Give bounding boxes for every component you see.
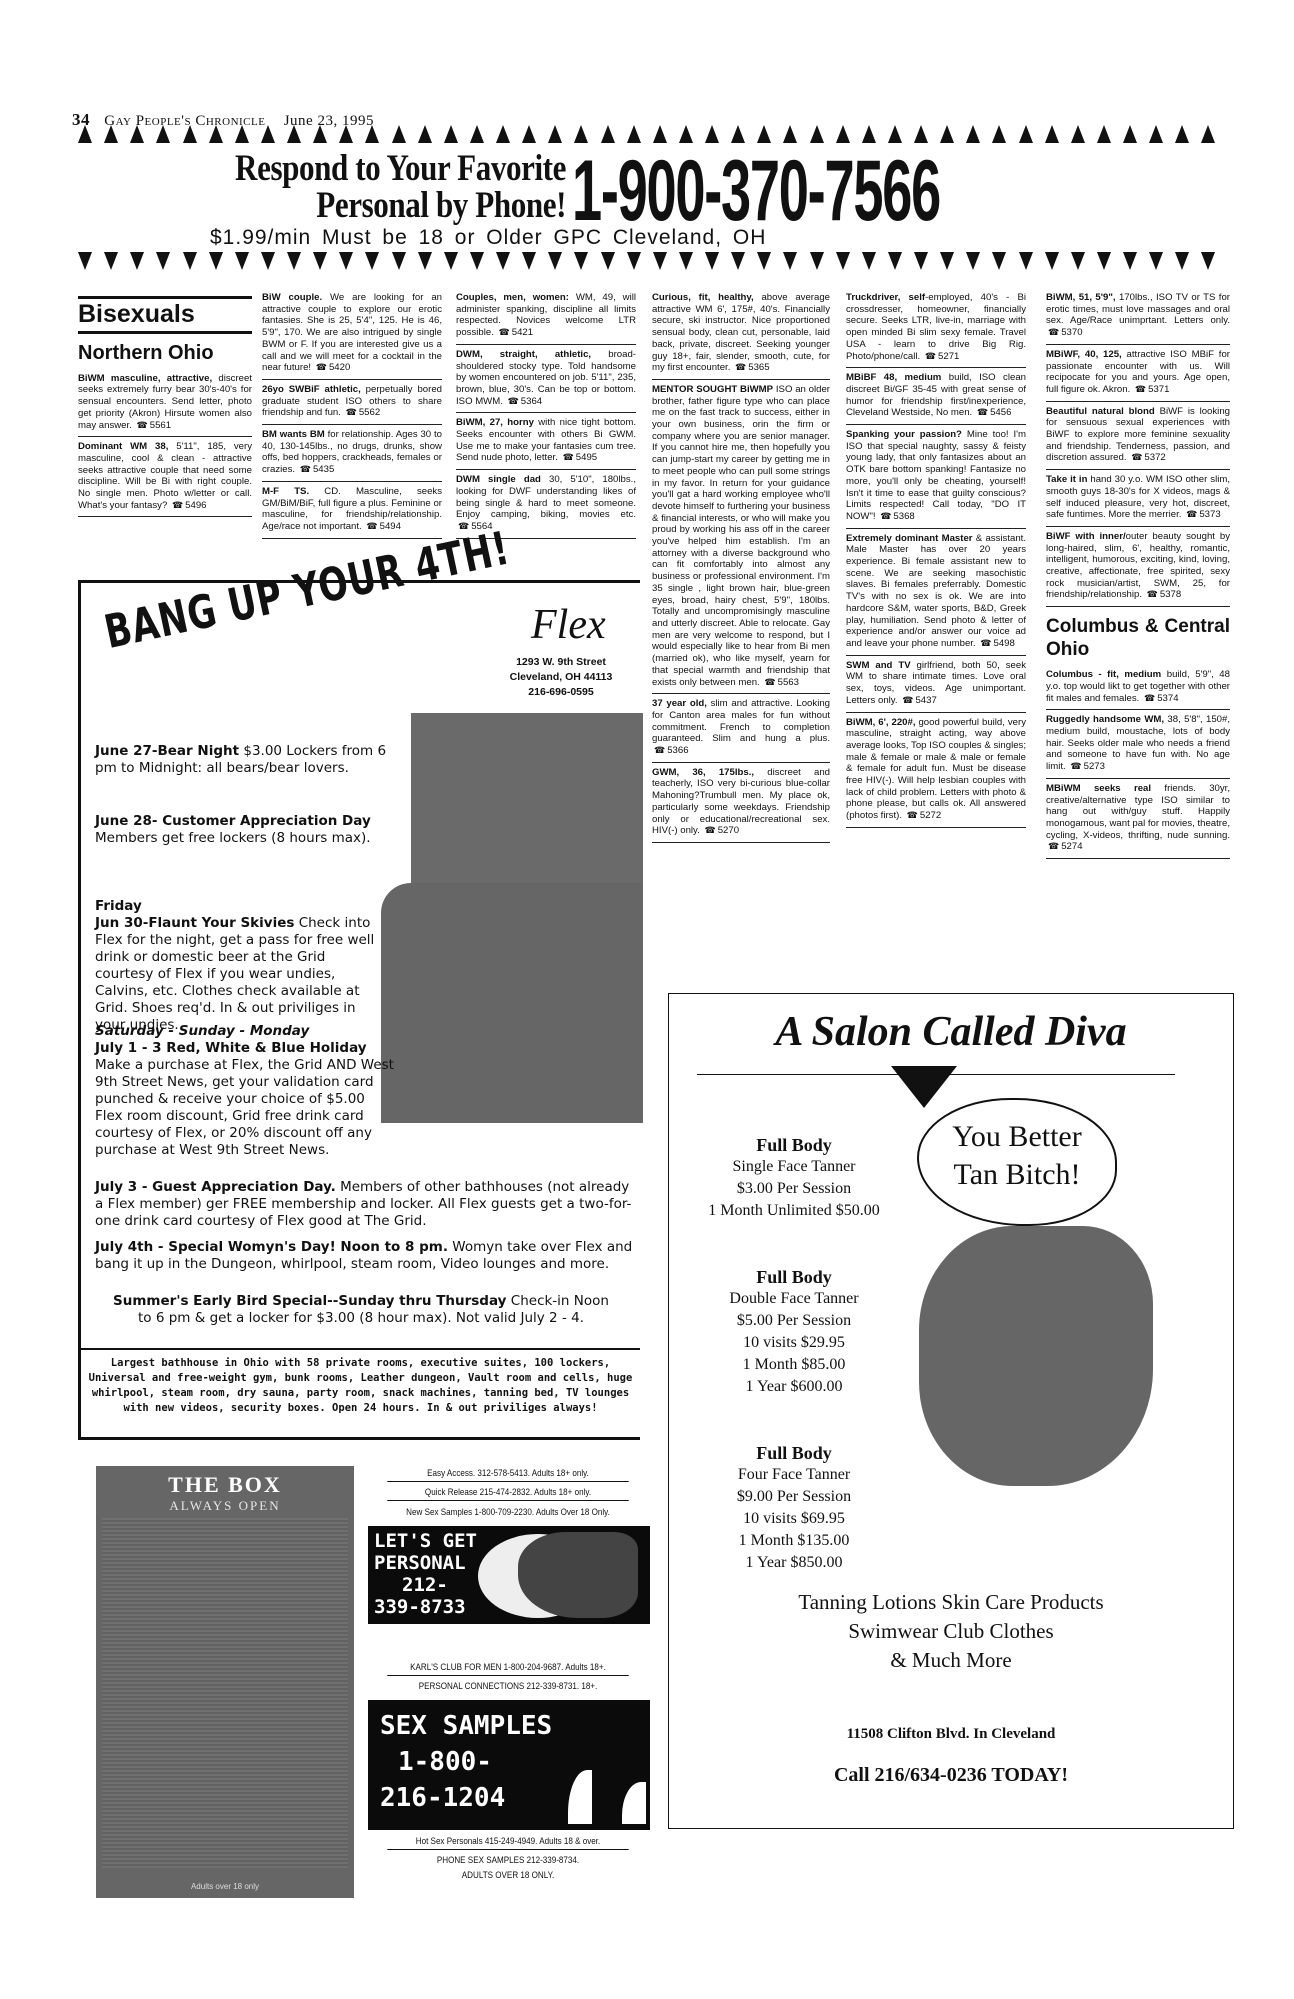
ad-address: 1293 W. 9th Street Cleveland, OH 44113 2… [481, 655, 641, 700]
banner-headline: Respond to Your Favorite Personal by Pho… [171, 150, 566, 224]
personal-ad: BiWM, 27, horny with nice tight bottom. … [456, 413, 636, 470]
ad-lead: Curious, fit, healthy, [652, 292, 754, 303]
voice-box-number: 5271 [938, 351, 959, 362]
banner-phone-number: 1-900-370-7566 [572, 150, 940, 232]
triangle-ornament-icon [1201, 125, 1215, 143]
phone-icon: ☎ [172, 500, 183, 510]
triangle-ornament-icon [1097, 125, 1111, 143]
phone-icon: ☎ [902, 695, 913, 705]
triangle-ornament-icon [235, 252, 249, 270]
ad-lead: M-F TS. [262, 486, 309, 497]
voice-box-number: 5372 [1144, 452, 1165, 463]
phone-icon: ☎ [1144, 693, 1155, 703]
personal-ad: Take it in hand 30 y.o. WM ISO other sli… [1046, 470, 1230, 527]
ad-call-to-action: Call 216/634-0236 TODAY! [669, 1764, 1233, 1787]
package-line: 10 visits $29.95 [669, 1332, 919, 1354]
classified-line: ADULTS OVER 18 ONLY. [387, 1868, 628, 1883]
triangle-ornament-icon [705, 252, 719, 270]
voice-box-number: 5364 [521, 396, 542, 407]
voice-box-number: 5368 [893, 511, 914, 522]
phone-icon: ☎ [1070, 761, 1081, 771]
event-title: June 28- Customer Appreciation Day [95, 813, 371, 829]
personals-column-5: Truckdriver, self-employed, 40's - Bi cr… [846, 288, 1026, 828]
triangle-ornament-icon [209, 252, 223, 270]
phone-icon: ☎ [346, 407, 357, 417]
region-heading: Northern Ohio [78, 334, 252, 369]
ad-photo [381, 883, 643, 1123]
voice-box-number: 5274 [1061, 841, 1082, 852]
triangle-ornament-icon [183, 125, 197, 143]
ad-body: Mine too! I'm ISO that special naughty, … [846, 429, 1026, 522]
event-title: Summer's Early Bird Special--Sunday thru… [113, 1293, 506, 1309]
ad-lead: BiWF with inner/ [1046, 531, 1126, 542]
package-line: $3.00 Per Session [669, 1178, 919, 1200]
phone-icon: ☎ [704, 825, 715, 835]
triangle-ornament-icon [104, 252, 118, 270]
triangle-ornament-icon [1175, 252, 1189, 270]
voice-box-number: 5366 [667, 745, 688, 756]
package-line: $5.00 Per Session [669, 1310, 919, 1332]
event-title: Jun 30-Flaunt Your Skivies [95, 915, 294, 931]
flex-logo: Flex [531, 601, 606, 649]
triangle-ornament-icon [130, 252, 144, 270]
product-list: Tanning Lotions Skin Care Products Swimw… [669, 1588, 1233, 1675]
personal-ad: Beautiful natural blond BiWF is looking … [1046, 402, 1230, 471]
triangle-ornament-icon [365, 252, 379, 270]
event-item: July 4th - Special Womyn's Day! Noon to … [95, 1239, 635, 1273]
fin-graphic [568, 1770, 592, 1824]
ad-title: A Salon Called Diva [669, 1008, 1233, 1056]
triangle-ornament-icon [627, 252, 641, 270]
address-line: Cleveland, OH 44113 [481, 670, 641, 685]
triangle-ornament-icon [783, 252, 797, 270]
ad-lead: Ruggedly handsome WM, [1046, 714, 1164, 725]
the-box-ad: THE BOX ALWAYS OPEN Adults over 18 only [96, 1466, 354, 1898]
triangle-ornament-icon [757, 125, 771, 143]
classified-line: Easy Access. 312-578-5413. Adults 18+ on… [387, 1466, 628, 1482]
triangle-ornament-icon [810, 125, 824, 143]
ad-address: 11508 Clifton Blvd. In Cleveland [669, 1726, 1233, 1743]
triangle-ornament-icon [313, 252, 327, 270]
triangle-ornament-icon [104, 125, 118, 143]
phone-icon: ☎ [137, 420, 148, 430]
triangle-ornament-icon [836, 125, 850, 143]
ad-list: BiWM, 51, 5'9", 170lbs., ISO TV or TS fo… [1046, 288, 1230, 607]
triangle-ornament-icon [914, 252, 928, 270]
event-body: Check into Flex for the night, get a pas… [95, 915, 374, 1033]
triangle-ornament-icon [1123, 252, 1137, 270]
triangle-ornament-icon [705, 125, 719, 143]
personal-ad: GWM, 36, 175lbs., discreet and teacherly… [652, 763, 830, 843]
triangle-ornament-icon [653, 125, 667, 143]
package-line: 1 Year $600.00 [669, 1376, 919, 1398]
triangle-ornament-icon [574, 252, 588, 270]
ad-lead: Spanking your passion? [846, 429, 962, 440]
ad-line: LET'S GET [374, 1530, 477, 1552]
personal-ad: Truckdriver, self-employed, 40's - Bi cr… [846, 288, 1026, 368]
event-title: June 27-Bear Night [95, 743, 239, 759]
ad-list: BiWM masculine, attractive, discreet see… [78, 369, 252, 518]
triangle-ornament-icon [731, 252, 745, 270]
ad-lead: MBiBF 48, medium [846, 372, 941, 383]
voice-box-number: 5378 [1160, 589, 1181, 600]
package-line: 10 visits $69.95 [669, 1508, 919, 1530]
triangle-ornament-icon [548, 252, 562, 270]
phone-icon: ☎ [300, 464, 311, 474]
triangle-ornament-icon [810, 252, 824, 270]
voice-box-number: 5494 [380, 521, 401, 532]
voice-box-number: 5563 [778, 677, 799, 688]
product-line: & Much More [669, 1646, 1233, 1675]
voice-box-number: 5561 [150, 420, 171, 431]
triangle-ornament-icon [862, 125, 876, 143]
region-heading: Columbus & Central Ohio [1046, 607, 1230, 665]
banner-line-1: Respond to Your Favorite [171, 150, 566, 187]
triangle-ornament-icon [392, 125, 406, 143]
section-heading: Bisexuals [78, 299, 252, 331]
triangle-ornament-icon [156, 252, 170, 270]
triangle-ornament-icon [392, 252, 406, 270]
phone-icon: ☎ [654, 745, 665, 755]
price-package: Full BodyDouble Face Tanner$5.00 Per Ses… [669, 1266, 919, 1398]
ad-body: ISO an older brother, father figure type… [652, 384, 830, 688]
ad-headline: BANG UP YOUR 4TH! [100, 521, 514, 659]
triangle-ornament-icon [888, 252, 902, 270]
triangle-ornament-icon [130, 125, 144, 143]
phone-icon: ☎ [508, 396, 519, 406]
salon-diva-ad: A Salon Called Diva You Better Tan Bitch… [668, 993, 1234, 1829]
event-item: Friday Jun 30-Flaunt Your Skivies Check … [95, 898, 385, 1034]
voice-box-number: 5435 [313, 464, 334, 475]
package-heading: Full Body [669, 1442, 919, 1464]
triangle-ornament-icon [261, 252, 275, 270]
personal-ad: MBiWM seeks real friends. 30yr, creative… [1046, 779, 1230, 859]
classified-line: New Sex Samples 1-800-709-2230. Adults O… [387, 1505, 628, 1520]
package-heading: Full Body [669, 1266, 919, 1288]
triangle-ornament-icon [339, 125, 353, 143]
phone-icon: ☎ [907, 810, 918, 820]
bubble-line: You Better [919, 1118, 1115, 1156]
ad-photo [919, 1226, 1153, 1486]
triangle-pointer-icon [891, 1066, 957, 1108]
event-body: Members get free lockers (8 hours max). [95, 830, 405, 847]
ad-line: 1-800- [380, 1744, 552, 1780]
triangle-ornament-icon [78, 252, 92, 270]
triangle-ornament-icon [1045, 125, 1059, 143]
triangle-ornament-icon [156, 125, 170, 143]
address-line: 1293 W. 9th Street [481, 655, 641, 670]
personal-ad: Curious, fit, healthy, above average att… [652, 288, 830, 380]
phone-icon: ☎ [499, 327, 510, 337]
package-line: $9.00 Per Session [669, 1486, 919, 1508]
ad-lead: MBiWF, 40, 125, [1046, 349, 1122, 360]
phone-icon: ☎ [977, 407, 988, 417]
triangle-ornament-icon [940, 252, 954, 270]
event-body: Make a purchase at Flex, the Grid AND We… [95, 1057, 395, 1159]
voice-box-number: 5421 [512, 327, 533, 338]
phone-icon: ☎ [925, 351, 936, 361]
triangle-ornament-icon [627, 125, 641, 143]
phone-icon: ☎ [1131, 452, 1142, 462]
package-line: 1 Year $850.00 [669, 1552, 919, 1574]
personal-ad: BiW couple. We are looking for an attrac… [262, 288, 442, 380]
ad-lead: DWM single dad [456, 474, 541, 485]
ad-phone: 216-696-0595 [481, 685, 641, 700]
ad-line: PERSONAL [374, 1552, 477, 1574]
package-line: Double Face Tanner [669, 1288, 919, 1310]
phone-icon: ☎ [1147, 589, 1158, 599]
triangle-ornament-icon [1045, 252, 1059, 270]
ad-lead: Beautiful natural blond [1046, 406, 1155, 417]
event-title: July 1 - 3 Red, White & Blue Holiday [95, 1040, 367, 1056]
phone-icon: ☎ [316, 362, 327, 372]
triangle-ornament-icon [1175, 125, 1189, 143]
event-item: Saturday - Sunday - Monday July 1 - 3 Re… [95, 1023, 395, 1159]
triangle-ornament-icon [679, 125, 693, 143]
triangle-ornament-icon [574, 125, 588, 143]
event-day: Friday [95, 898, 142, 914]
triangle-ornament-icon [1097, 252, 1111, 270]
voice-box-number: 5272 [920, 810, 941, 821]
event-item: June 27-Bear Night $3.00 Lockers from 6 … [95, 743, 395, 777]
phone-icon: ☎ [563, 452, 574, 462]
phone-icon: ☎ [1048, 327, 1059, 337]
banner-subline: $1.99/min Must be 18 or Older GPC Clevel… [210, 226, 766, 250]
triangle-ornament-icon [653, 252, 667, 270]
triangle-ornament-icon [862, 252, 876, 270]
triangle-ornament-icon [339, 252, 353, 270]
personals-column-4: Curious, fit, healthy, above average att… [652, 288, 830, 843]
voice-box-number: 5562 [359, 407, 380, 418]
banner-triangle-row-top [78, 125, 1216, 145]
classified-line: Quick Release 215-474-2832. Adults 18+ o… [387, 1485, 628, 1501]
classified-line: Hot Sex Personals 415-249-4949. Adults 1… [387, 1834, 628, 1850]
personal-ad: BiWM masculine, attractive, discreet see… [78, 369, 252, 438]
voice-box-number: 5496 [185, 500, 206, 511]
ad-lead: BiW couple. [262, 292, 322, 303]
ad-lead: Truckdriver, self [846, 292, 925, 303]
ad-body: good powerful build, very masculine, str… [846, 717, 1026, 822]
triangle-ornament-icon [966, 252, 980, 270]
phone-icon: ☎ [735, 362, 746, 372]
package-line: 1 Month $85.00 [669, 1354, 919, 1376]
phone-icon: ☎ [1186, 509, 1197, 519]
ad-lead: 37 year old, [652, 698, 707, 709]
personals-column-3: Couples, men, women: WM, 49, will admini… [456, 288, 636, 539]
triangle-ornament-icon [966, 125, 980, 143]
lets-get-personal-ad: LET'S GET PERSONAL 212- 339-8733 [368, 1526, 650, 1624]
phone-icon: ☎ [764, 677, 775, 687]
package-heading: Full Body [669, 1134, 919, 1156]
ad-text: SEX SAMPLES 1-800- 216-1204 [380, 1708, 552, 1816]
voice-box-number: 5495 [576, 452, 597, 463]
classified-line: PERSONAL CONNECTIONS 212-339-8731. 18+. [387, 1679, 628, 1694]
personal-ad: Ruggedly handsome WM, 38, 5'8", 150#, me… [1046, 710, 1230, 779]
ad-list: Columbus - fit, medium build, 5'9", 48 y… [1046, 665, 1230, 859]
ad-text: LET'S GET PERSONAL 212- 339-8733 [374, 1530, 477, 1618]
personal-ad: BiWM, 6', 220#, good powerful build, ver… [846, 713, 1026, 828]
triangle-ornament-icon [601, 125, 615, 143]
ad-lead: BM wants BM [262, 429, 325, 440]
personal-ad: DWM, straight, athletic, broad-shouldere… [456, 345, 636, 414]
ad-body: We are looking for an attractive couple … [262, 292, 442, 373]
triangle-ornament-icon [496, 252, 510, 270]
bubble-line: Tan Bitch! [919, 1156, 1115, 1194]
ad-lead: Couples, men, women: [456, 292, 569, 303]
ad-line: 339-8733 [374, 1596, 477, 1618]
ad-body: & assistant. Male Master has over 20 yea… [846, 533, 1026, 649]
ad-footer: Adults over 18 only [96, 1882, 354, 1891]
personal-ad: MBiBF 48, medium build, ISO clean discre… [846, 368, 1026, 425]
classified-line: PHONE SEX SAMPLES 212-339-8734. [387, 1853, 628, 1868]
ad-lead: Extremely dominant Master [846, 533, 973, 544]
triangle-ornament-icon [418, 125, 432, 143]
package-line: 1 Month $135.00 [669, 1530, 919, 1552]
speech-bubble: You Better Tan Bitch! [917, 1098, 1117, 1226]
ad-lead: 26yo SWBiF athletic, [262, 384, 361, 395]
classified-line: KARL'S CLUB FOR MEN 1-800-204-9687. Adul… [387, 1660, 628, 1676]
banner-triangle-row-bottom [78, 252, 1216, 272]
triangle-ornament-icon [757, 252, 771, 270]
triangle-ornament-icon [1071, 252, 1085, 270]
event-title: July 3 - Guest Appreciation Day. [95, 1179, 336, 1195]
triangle-ornament-icon [418, 252, 432, 270]
voice-box-number: 5437 [915, 695, 936, 706]
event-item: June 28- Customer Appreciation Day Membe… [95, 813, 405, 847]
product-line: Tanning Lotions Skin Care Products [669, 1588, 1233, 1617]
event-item: July 3 - Guest Appreciation Day. Members… [95, 1179, 635, 1230]
personal-ad: Columbus - fit, medium build, 5'9", 48 y… [1046, 665, 1230, 710]
triangle-ornament-icon [470, 125, 484, 143]
triangle-ornament-icon [313, 125, 327, 143]
triangle-ornament-icon [470, 252, 484, 270]
triangle-ornament-icon [1071, 125, 1085, 143]
sex-samples-ad: SEX SAMPLES 1-800- 216-1204 [368, 1700, 650, 1830]
price-package: Full BodyFour Face Tanner$9.00 Per Sessi… [669, 1442, 919, 1574]
ad-subtitle: ALWAYS OPEN [96, 1498, 354, 1514]
triangle-ornament-icon [548, 125, 562, 143]
triangle-ornament-icon [1149, 252, 1163, 270]
personal-ad: Dominant WM 38, 5'11", 185, very masculi… [78, 437, 252, 517]
ad-line: 212- [374, 1574, 477, 1596]
phone-icon: ☎ [980, 638, 991, 648]
voice-box-number: 5273 [1084, 761, 1105, 772]
ad-photo [518, 1532, 638, 1618]
ad-lead: BiWM masculine, attractive, [78, 373, 212, 384]
ad-title: THE BOX [96, 1472, 354, 1498]
triangle-ornament-icon [78, 125, 92, 143]
personal-ad: MBiWF, 40, 125, attractive ISO MBiF for … [1046, 345, 1230, 402]
voice-box-number: 5365 [748, 362, 769, 373]
ad-lead: MBiWM seeks real [1046, 783, 1151, 794]
triangle-ornament-icon [940, 125, 954, 143]
triangle-ornament-icon [731, 125, 745, 143]
personal-ad: Couples, men, women: WM, 49, will admini… [456, 288, 636, 345]
ad-lead: SWM and TV [846, 660, 911, 671]
voice-box-number: 5374 [1157, 693, 1178, 704]
triangle-ornament-icon [1123, 125, 1137, 143]
triangle-ornament-icon [601, 252, 615, 270]
triangle-ornament-icon [888, 125, 902, 143]
personal-ad: BiWM, 51, 5'9", 170lbs., ISO TV or TS fo… [1046, 288, 1230, 345]
event-item: Summer's Early Bird Special--Sunday thru… [111, 1293, 611, 1327]
personals-column-6: BiWM, 51, 5'9", 170lbs., ISO TV or TS fo… [1046, 288, 1230, 859]
voice-box-number: 5270 [718, 825, 739, 836]
triangle-ornament-icon [679, 252, 693, 270]
banner-line-2: Personal by Phone! [171, 187, 566, 224]
triangle-ornament-icon [261, 125, 275, 143]
product-line: Swimwear Club Clothes [669, 1617, 1233, 1646]
triangle-ornament-icon [522, 252, 536, 270]
personal-ad: BiWF with inner/outer beauty sought by l… [1046, 527, 1230, 607]
personal-ad: Spanking your passion? Mine too! I'm ISO… [846, 425, 1026, 529]
personal-ad: M-F TS. CD. Masculine, seeks GM/BiM/BiF,… [262, 482, 442, 539]
triangle-ornament-icon [992, 252, 1006, 270]
triangle-ornament-icon [287, 125, 301, 143]
voice-box-number: 5370 [1061, 327, 1082, 338]
triangle-ornament-icon [836, 252, 850, 270]
voice-box-number: 5456 [990, 407, 1011, 418]
ad-lead: DWM, straight, athletic, [456, 349, 591, 360]
triangle-ornament-icon [522, 125, 536, 143]
personal-ad: MENTOR SOUGHT BiWMP ISO an older brother… [652, 380, 830, 694]
package-line: Four Face Tanner [669, 1464, 919, 1486]
voice-box-number: 5498 [994, 638, 1015, 649]
phone-icon: ☎ [366, 521, 377, 531]
event-title: July 4th - Special Womyn's Day! Noon to … [95, 1239, 448, 1255]
bubble-text: You Better Tan Bitch! [919, 1118, 1115, 1194]
ad-footer: Largest bathhouse in Ohio with 58 privat… [81, 1348, 640, 1416]
ad-lead: BiWM, 51, 5'9", [1046, 292, 1116, 303]
event-day: Saturday - Sunday - Monday [95, 1023, 309, 1039]
triangle-ornament-icon [444, 125, 458, 143]
ad-lead: Take it in [1046, 474, 1087, 485]
triangle-ornament-icon [209, 125, 223, 143]
phone-icon: ☎ [1135, 384, 1146, 394]
ad-lead: BiWM, 27, horny [456, 417, 534, 428]
package-line: Single Face Tanner [669, 1156, 919, 1178]
ad-lead: MENTOR SOUGHT BiWMP [652, 384, 773, 395]
personal-ad: SWM and TV girlfriend, both 50, seek WM … [846, 656, 1026, 713]
personal-ad: BM wants BM for relationship. Ages 30 to… [262, 425, 442, 482]
voice-box-number: 5371 [1148, 384, 1169, 395]
triangle-ornament-icon [1201, 252, 1215, 270]
triangle-ornament-icon [1149, 125, 1163, 143]
triangle-ornament-icon [496, 125, 510, 143]
triangle-ornament-icon [235, 125, 249, 143]
ad-body: above average attractive WM 6', 175#, 40… [652, 292, 830, 373]
phone-icon: ☎ [880, 511, 891, 521]
personal-ad: Extremely dominant Master & assistant. M… [846, 529, 1026, 656]
triangle-ornament-icon [992, 125, 1006, 143]
triangle-ornament-icon [444, 252, 458, 270]
ad-line: 216-1204 [380, 1780, 552, 1816]
ad-lead: Dominant WM 38, [78, 441, 168, 452]
personal-ad: 26yo SWBiF athletic, perpetually bored g… [262, 380, 442, 425]
triangle-ornament-icon [1019, 252, 1033, 270]
triangle-ornament-icon [183, 252, 197, 270]
price-package: Full BodySingle Face Tanner$3.00 Per Ses… [669, 1134, 919, 1222]
triangle-ornament-icon [287, 252, 301, 270]
package-line: 1 Month Unlimited $50.00 [669, 1200, 919, 1222]
ad-lead: Columbus - fit, medium [1046, 669, 1161, 680]
phone-icon: ☎ [1048, 841, 1059, 851]
triangle-ornament-icon [783, 125, 797, 143]
ad-lead: GWM, 36, 175lbs., [652, 767, 754, 778]
ad-lead: BiWM, 6', 220#, [846, 717, 916, 728]
ad-photo [102, 1518, 348, 1868]
triangle-ornament-icon [914, 125, 928, 143]
